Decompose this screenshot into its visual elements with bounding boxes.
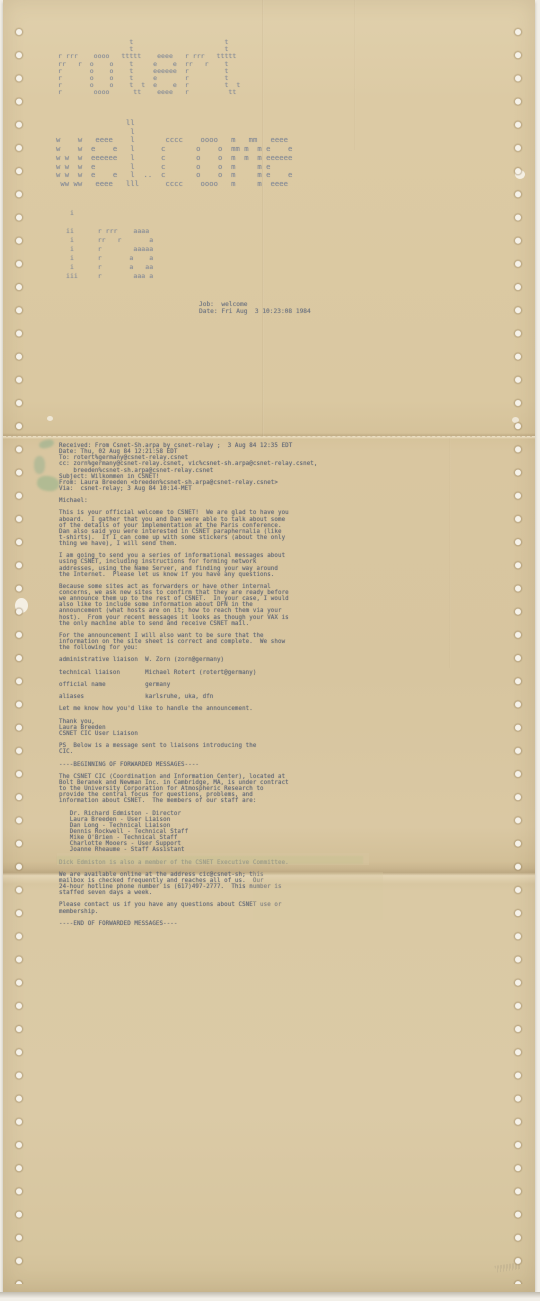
tractor-holes-left <box>11 24 27 1284</box>
hostname-banner-ascii: i ii r rrr aaaa i rr r a i r aaaaa i r a… <box>66 209 153 281</box>
vertical-crease-1 <box>262 0 264 437</box>
scanned-printout-page: { "banner_page": { "user_banner": { "wor… <box>0 0 540 1301</box>
perforation-line <box>3 436 535 437</box>
vertical-crease-3 <box>449 438 451 668</box>
fold-fade-paragraph <box>253 872 383 920</box>
fold-fade-dick-line <box>57 853 369 865</box>
print-job-info: Job: welcome Date: Fri Aug 3 10:23:08 19… <box>199 301 311 315</box>
username-banner-ascii: t t t t r rrr oooo ttttt eeee r rrr tttt… <box>58 39 240 97</box>
jobname-banner-ascii: ll l w w eeee l cccc oooo m mm eeee w w … <box>56 119 292 189</box>
green-stamp-smudge-3 <box>36 475 60 493</box>
continuous-form-paper: t t t t r rrr oooo ttttt eeee r rrr tttt… <box>3 0 535 1292</box>
green-stamp-smudge-2 <box>34 456 45 474</box>
vertical-crease-2 <box>354 0 356 150</box>
paper-bottom-edge <box>0 1292 540 1301</box>
green-stamp-smudge-1 <box>38 438 54 449</box>
tractor-holes-right <box>510 24 526 1284</box>
paper-flaw-spot-3 <box>47 416 53 421</box>
